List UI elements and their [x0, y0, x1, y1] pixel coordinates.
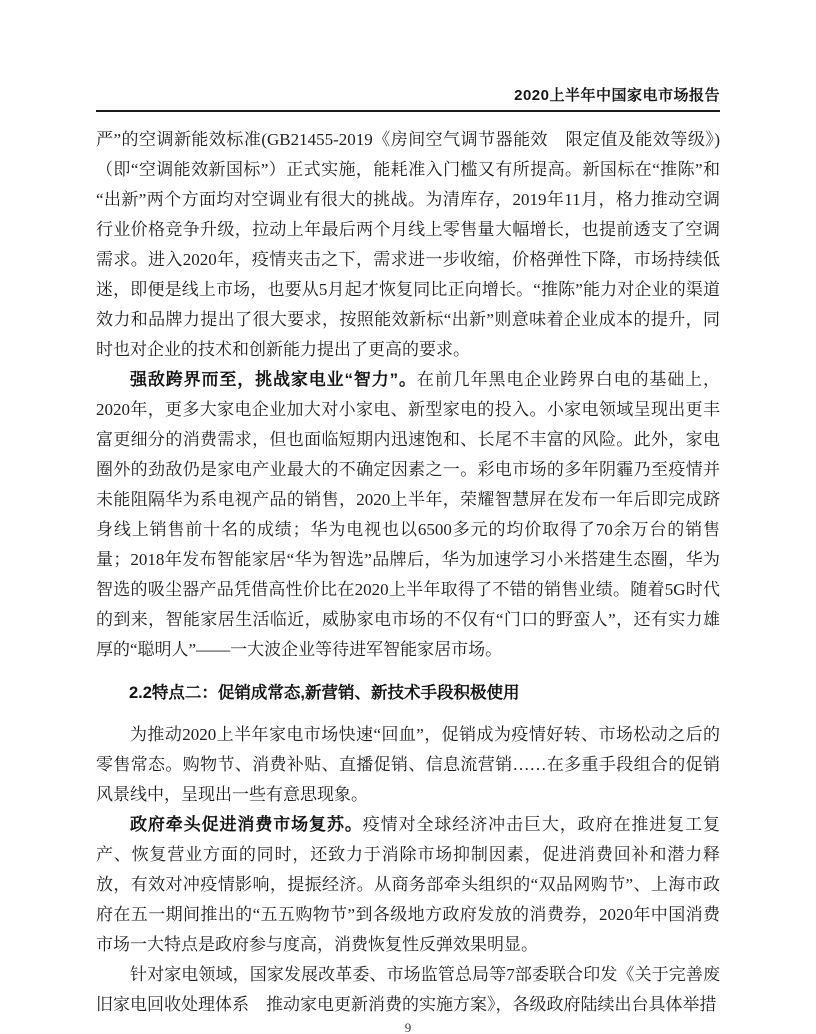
- report-title: 2020上半年中国家电市场报告: [514, 87, 720, 104]
- paragraph-government-recovery: 政府牵头促进消费市场复苏。疫情对全球经济冲击巨大，政府在推进复工复产、恢复营业方…: [96, 810, 720, 960]
- paragraph-rest-rivals: 在前几年黑电企业跨界白电的基础上，2020年，更多大家电企业加大对小家电、新型家…: [96, 370, 720, 659]
- paragraph-lead-government: 政府牵头促进消费市场复苏。: [130, 815, 363, 834]
- paragraph-promotion-normal: 为推动2020上半年家电市场快速“回血”，促销成为疫情好转、市场松动之后的零售常…: [96, 720, 720, 810]
- paragraph-lead-rivals: 强敌跨界而至，挑战家电业“智力”。: [130, 370, 417, 389]
- paragraph-rest-government: 疫情对全球经济冲击巨大，政府在推进复工复产、恢复营业方面的同时，还致力于消除市场…: [96, 815, 720, 954]
- report-page: 2020上半年中国家电市场报告 严”的空调新能效标准(GB21455-2019《…: [0, 0, 816, 1034]
- page-body: 严”的空调新能效标准(GB21455-2019《房间空气调节器能效 限定值及能效…: [96, 125, 720, 1020]
- paragraph-aircon-standard: 严”的空调新能效标准(GB21455-2019《房间空气调节器能效 限定值及能效…: [96, 125, 720, 365]
- paragraph-appliance-policy: 针对家电领域，国家发展改革委、市场监管总局等7部委联合印发《关于完善废旧家电回收…: [96, 960, 720, 1020]
- section-heading-2-2: 2.2特点二：促销成常态,新营销、新技术手段积极使用: [96, 678, 720, 708]
- page-number: 9: [0, 1019, 816, 1034]
- page-header: 2020上半年中国家电市场报告: [96, 84, 720, 112]
- paragraph-cross-border-rivals: 强敌跨界而至，挑战家电业“智力”。在前几年黑电企业跨界白电的基础上，2020年，…: [96, 365, 720, 665]
